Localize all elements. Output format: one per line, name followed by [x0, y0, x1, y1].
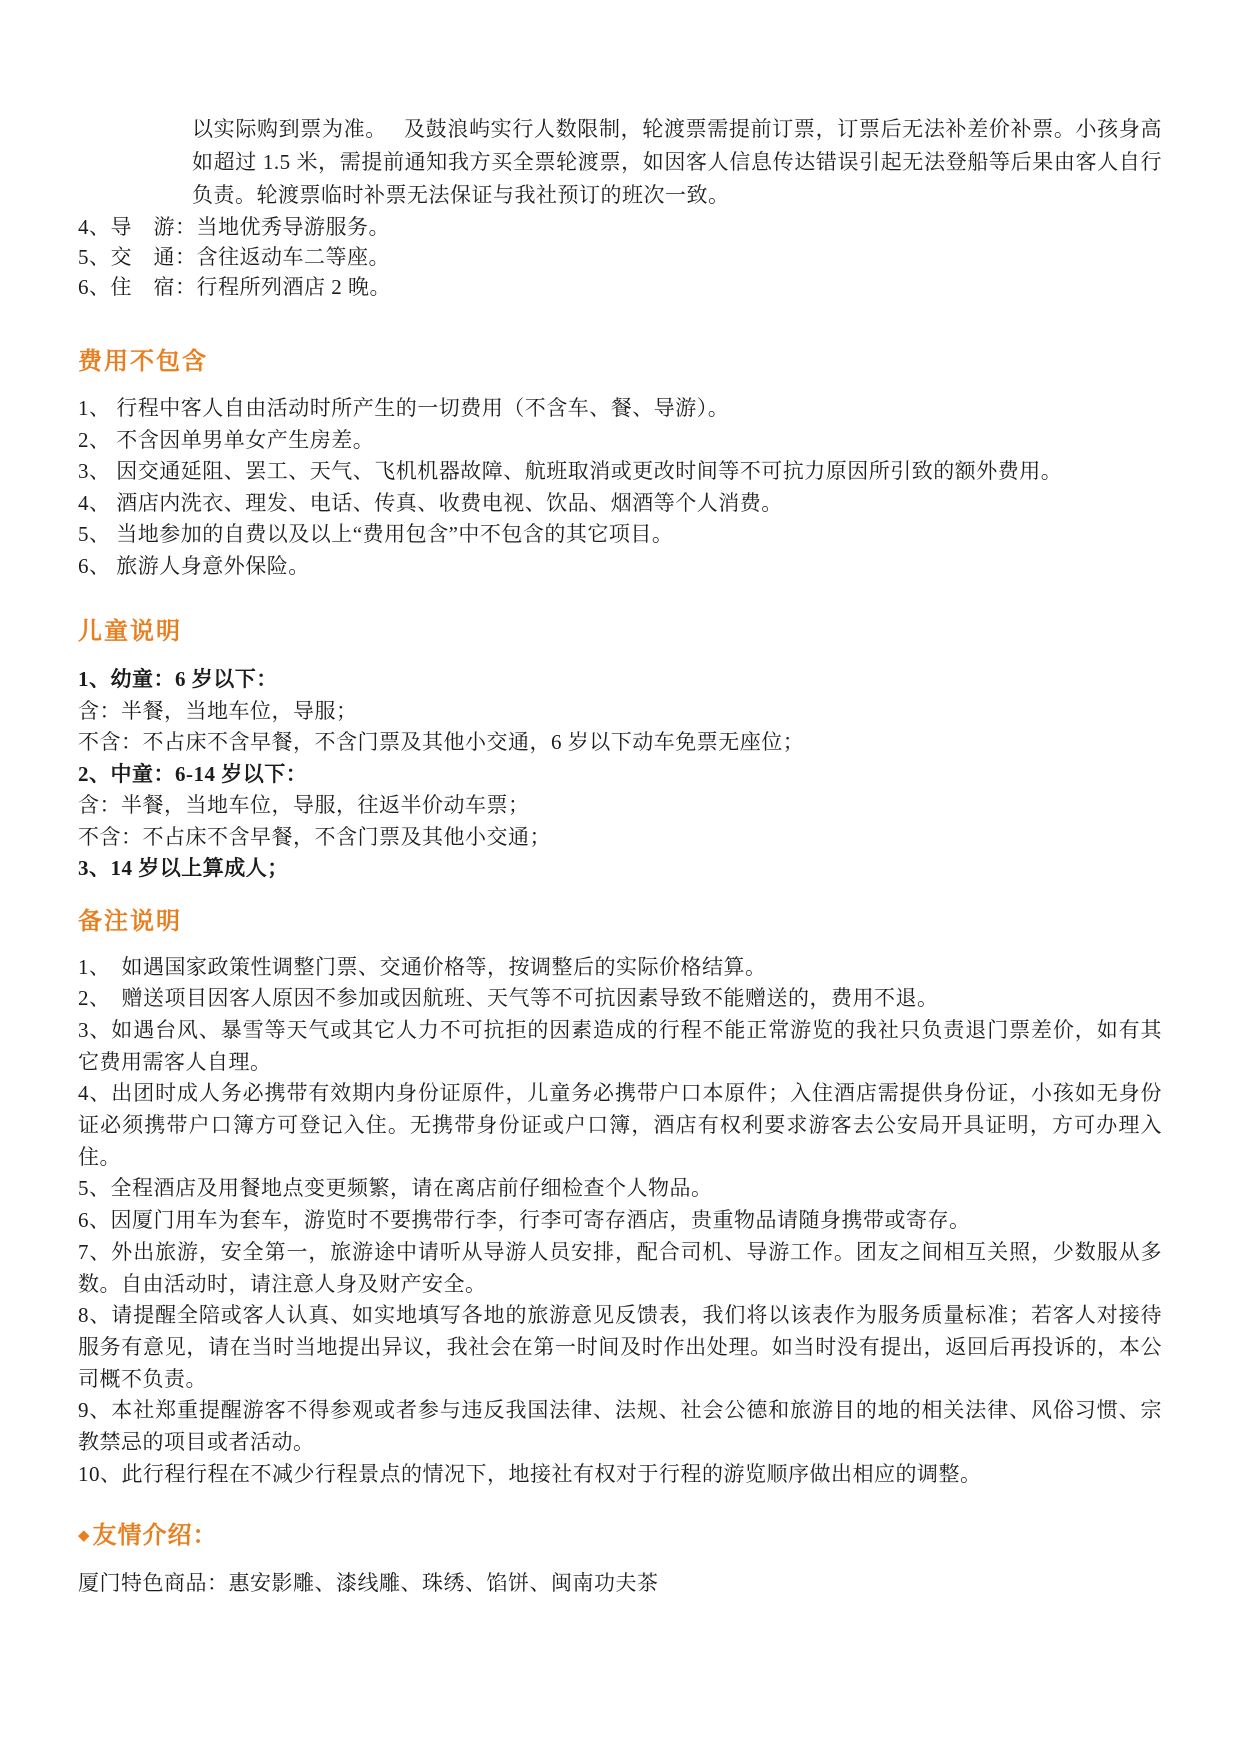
remark-item: 8、请提醒全陪或客人认真、如实地填写各地的旅游意见反馈表，我们将以该表作为服务质… [78, 1300, 1162, 1395]
children-line-infant-excluded: 不含：不占床不含早餐，不含门票及其他小交通，6 岁以下动车免票无座位； [78, 727, 1162, 759]
remarks-list: 1、 如遇国家政策性调整门票、交通价格等，按调整后的实际价格结算。 2、 赠送项… [78, 952, 1162, 1491]
children-line-infant-header: 1、幼童：6 岁以下： [78, 664, 1162, 696]
document-page: 以实际购到票为准。 及鼓浪屿实行人数限制，轮渡票需提前订票，订票后无法补差价补票… [0, 0, 1236, 1747]
remark-item: 6、因厦门用车为套车，游览时不要携带行李，行李可寄存酒店，贵重物品请随身携带或寄… [78, 1205, 1162, 1237]
children-line-child-included: 含：半餐，当地车位，导服，往返半价动车票； [78, 790, 1162, 822]
children-line-child-header: 2、中童：6-14 岁以下： [78, 759, 1162, 791]
remark-item: 1、 如遇国家政策性调整门票、交通价格等，按调整后的实际价格结算。 [78, 952, 1162, 984]
remark-item: 5、全程酒店及用餐地点变更频繁，请在离店前仔细检查个人物品。 [78, 1173, 1162, 1205]
ferry-ticket-notice-paragraph: 以实际购到票为准。 及鼓浪屿实行人数限制，轮渡票需提前订票，订票后无法补差价补票… [192, 113, 1162, 212]
fees-excluded-list: 1、 行程中客人自由活动时所产生的一切费用（不含车、餐、导游）。 2、 不含因单… [78, 393, 1162, 582]
remark-item: 4、出团时成人务必携带有效期内身份证原件，儿童务必携带户口本原件；入住酒店需提供… [78, 1078, 1162, 1173]
remark-item: 9、本社郑重提醒游客不得参观或者参与违反我国法律、法规、社会公德和旅游目的地的相… [78, 1395, 1162, 1458]
section-title-friendship-intro: ◆友情介绍： [78, 1521, 1162, 1551]
fee-excluded-item: 5、 当地参加的自费以及以上“费用包含”中不包含的其它项目。 [78, 519, 1162, 551]
fee-excluded-item: 1、 行程中客人自由活动时所产生的一切费用（不含车、餐、导游）。 [78, 393, 1162, 425]
children-line-infant-included: 含：半餐，当地车位，导服； [78, 696, 1162, 728]
service-item-transport: 5、交 通：含往返动车二等座。 [78, 242, 1162, 272]
diamond-icon: ◆ [78, 1521, 91, 1551]
section-title-children-notes: 儿童说明 [78, 617, 1162, 647]
fee-excluded-item: 6、 旅游人身意外保险。 [78, 551, 1162, 583]
children-notes-list: 1、幼童：6 岁以下： 含：半餐，当地车位，导服； 不含：不占床不含早餐，不含门… [78, 664, 1162, 885]
remark-item: 7、外出旅游，安全第一，旅游途中请听从导游人员安排，配合司机、导游工作。团友之间… [78, 1237, 1162, 1300]
service-item-accommodation: 6、住 宿：行程所列酒店 2 晚。 [78, 272, 1162, 302]
children-line-child-excluded: 不含：不占床不含早餐，不含门票及其他小交通； [78, 822, 1162, 854]
included-services-list: 4、导 游：当地优秀导游服务。 5、交 通：含往返动车二等座。 6、住 宿：行程… [78, 212, 1162, 302]
remark-item: 10、此行程行程在不减少行程景点的情况下，地接社有权对于行程的游览顺序做出相应的… [78, 1459, 1162, 1491]
remark-item: 3、如遇台风、暴雪等天气或其它人力不可抗拒的因素造成的行程不能正常游览的我社只负… [78, 1015, 1162, 1078]
service-item-guide: 4、导 游：当地优秀导游服务。 [78, 212, 1162, 242]
section-title-fees-excluded: 费用不包含 [78, 347, 1162, 377]
fee-excluded-item: 2、 不含因单男单女产生房差。 [78, 425, 1162, 457]
friendship-title-label: 友情介绍： [93, 1521, 218, 1551]
fee-excluded-item: 4、 酒店内洗衣、理发、电话、传真、收费电视、饮品、烟酒等个人消费。 [78, 488, 1162, 520]
children-line-adult-rule: 3、14 岁以上算成人； [78, 853, 1162, 885]
xiamen-specialty-products-line: 厦门特色商品：惠安影雕、漆线雕、珠绣、馅饼、闽南功夫茶 [78, 1568, 1162, 1600]
remark-item: 2、 赠送项目因客人原因不参加或因航班、天气等不可抗因素导致不能赠送的，费用不退… [78, 983, 1162, 1015]
section-title-remarks: 备注说明 [78, 907, 1162, 937]
fee-excluded-item: 3、 因交通延阻、罢工、天气、飞机机器故障、航班取消或更改时间等不可抗力原因所引… [78, 456, 1162, 488]
